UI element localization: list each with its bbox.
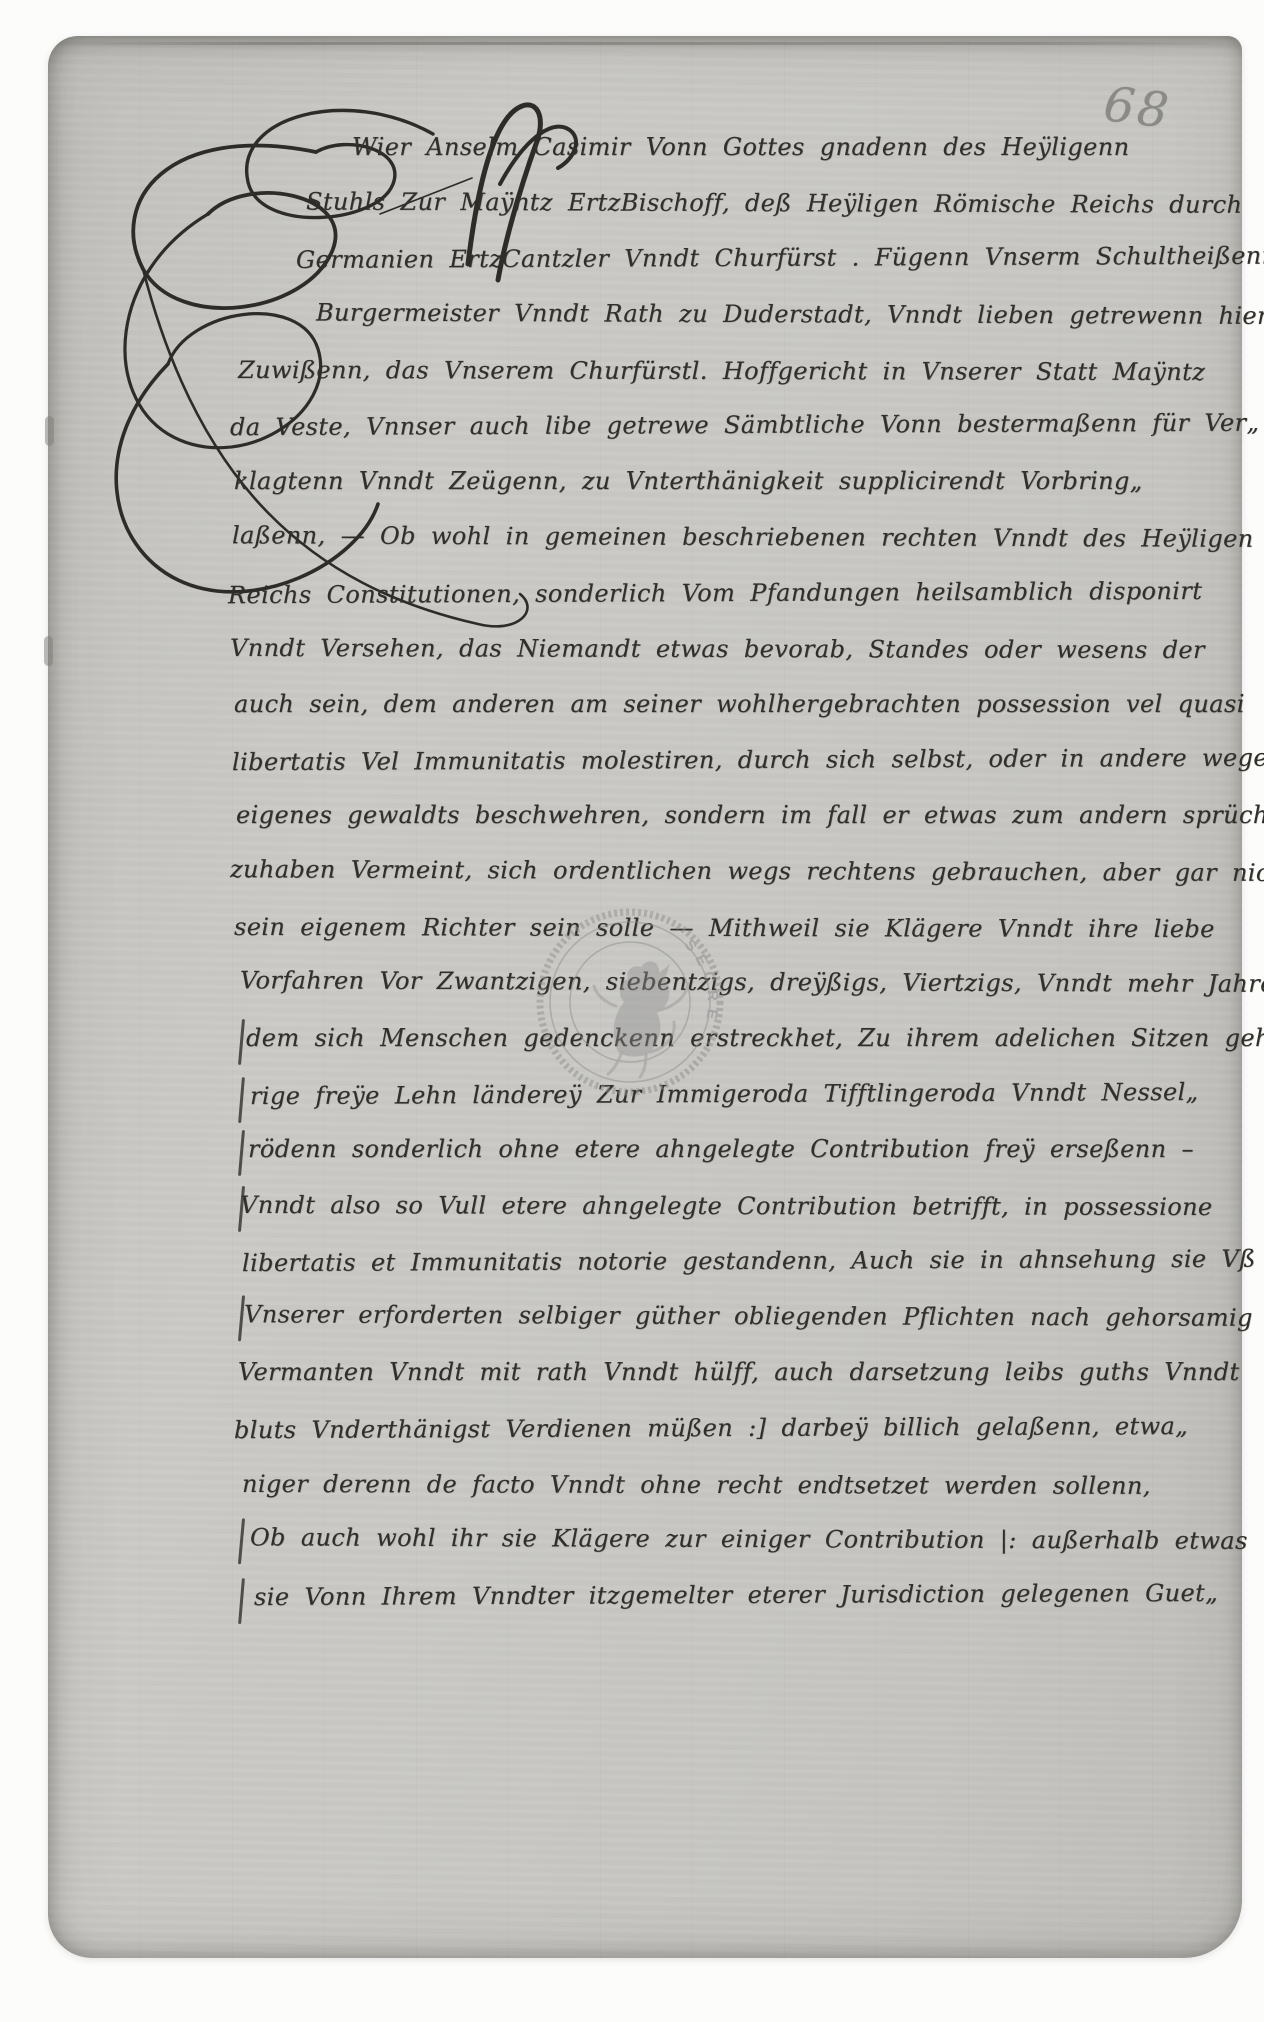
manuscript-line-text: Vnserer erforderten selbiger güther obli… [224,1288,1253,1347]
manuscript-line-text: Ob auch wohl ihr sie Klägere zur einiger… [224,1510,1248,1569]
manuscript-line: da Veste, Vnnser auch libe getrewe Sämbt… [224,396,1236,456]
manuscript-line: zuhaben Vermeint, sich ordentlichen wegs… [224,842,1236,901]
manuscript-line-text: Vnndt Versehen, das Niemandt etwas bevor… [224,621,1205,679]
manuscript-line-text: zuhaben Vermeint, sich ordentlichen wegs… [224,842,1264,901]
manuscript-line: Germanien ErtzCantzler Vnndt Churfürst .… [224,229,1236,289]
manuscript-line-text: dem sich Menschen gedenckenn erstreckhet… [224,1011,1264,1067]
manuscript-line: sie Vonn Ihrem Vnndter itzgemelter etere… [224,1566,1236,1626]
manuscript-line-text: Wier Anselm Casimir Vonn Gottes gnadenn … [224,120,1129,176]
manuscript-line: Vnndt Versehen, das Niemandt etwas bevor… [224,621,1236,679]
manuscript-line-text: Vermanten Vnndt mit rath Vnndt hülff, au… [224,1345,1240,1401]
manuscript-line-text: Vorfahren Vor Zwantzigen, siebentzigs, d… [224,954,1264,1013]
manuscript-line-text: niger derenn de facto Vnndt ohne recht e… [224,1456,1151,1514]
manuscript-line-text: Reichs Constitutionen, sonderlich Vom Pf… [224,563,1202,623]
rampant-lion-figure [594,961,688,1077]
manuscript-line-text: Burgermeister Vnndt Rath zu Duderstadt, … [224,285,1264,344]
manuscript-line: Burgermeister Vnndt Rath zu Duderstadt, … [224,285,1236,344]
manuscript-line: rödenn sonderlich ohne etere ahngelegte … [224,1122,1236,1178]
manuscript-line: niger derenn de facto Vnndt ohne recht e… [224,1456,1236,1514]
manuscript-line: Reichs Constitutionen, sonderlich Vom Pf… [224,563,1236,623]
manuscript-text: Wier Anselm Casimir Vonn Gottes gnadenn … [224,120,1236,1624]
manuscript-line: Zuwißenn, das Vnserem Churfürstl. Hoffge… [224,343,1236,401]
manuscript-line-text: eigenes gewaldts beschwehren, sondern im… [224,788,1264,844]
manuscript-line-text: Vnndt also so Vull etere ahngelegte Cont… [224,1178,1213,1236]
manuscript-line: dem sich Menschen gedenckenn erstreckhet… [224,1011,1236,1067]
manuscript-line: eigenes gewaldts beschwehren, sondern im… [224,788,1236,844]
manuscript-line: Ob auch wohl ihr sie Klägere zur einiger… [224,1510,1236,1569]
manuscript-line: Vorfahren Vor Zwantzigen, siebentzigs, d… [224,954,1236,1013]
manuscript-line: libertatis et Immunitatis notorie gestan… [224,1232,1236,1292]
manuscript-line-text: Stuhls Zur Maÿntz ErtzBischoff, deß Heÿl… [224,174,1243,233]
manuscript-line: laßenn, — Ob wohl in gemeinen beschriebe… [224,508,1236,567]
manuscript-line-text: auch sein, dem anderen am seiner wohlher… [224,677,1245,733]
manuscript-line-text: libertatis Vel Immunitatis molestiren, d… [224,730,1264,790]
manuscript-line-text: bluts Vnderthänigst Verdienen müßen :] d… [224,1399,1188,1459]
scanned-document: 68 Wier Anselm Casimir Vonn Gottes gnade… [0,0,1264,2022]
manuscript-line: klagtenn Vnndt Zeügenn, zu Vnterthänigke… [224,454,1236,510]
manuscript-line-text: klagtenn Vnndt Zeügenn, zu Vnterthänigke… [224,454,1143,510]
manuscript-line: Wier Anselm Casimir Vonn Gottes gnadenn … [224,120,1236,176]
manuscript-page: 68 Wier Anselm Casimir Vonn Gottes gnade… [48,36,1242,1958]
manuscript-line: bluts Vnderthänigst Verdienen müßen :] d… [224,1399,1236,1459]
manuscript-line-text: sie Vonn Ihrem Vnndter itzgemelter etere… [224,1566,1218,1626]
manuscript-line: Vermanten Vnndt mit rath Vnndt hülff, au… [224,1345,1236,1401]
archive-seal-stamp: SECRE [530,902,730,1102]
manuscript-line-text: da Veste, Vnnser auch libe getrewe Sämbt… [224,396,1260,456]
manuscript-line: Stuhls Zur Maÿntz ErtzBischoff, deß Heÿl… [224,174,1236,233]
manuscript-line-text: Germanien ErtzCantzler Vnndt Churfürst .… [224,229,1264,289]
manuscript-line-text: libertatis et Immunitatis notorie gestan… [224,1231,1256,1291]
manuscript-line-text: rödenn sonderlich ohne etere ahngelegte … [224,1122,1194,1178]
manuscript-line: libertatis Vel Immunitatis molestiren, d… [224,730,1236,790]
manuscript-line: auch sein, dem anderen am seiner wohlher… [224,677,1236,733]
manuscript-line: rige freÿe Lehn ländereÿ Zur Immigeroda … [224,1064,1236,1124]
manuscript-line-text: Zuwißenn, das Vnserem Churfürstl. Hoffge… [224,343,1205,401]
manuscript-line: Vnndt also so Vull etere ahngelegte Cont… [224,1178,1236,1236]
manuscript-line: Vnserer erforderten selbiger güther obli… [224,1288,1236,1347]
manuscript-line-text: laßenn, — Ob wohl in gemeinen beschriebe… [224,508,1254,567]
